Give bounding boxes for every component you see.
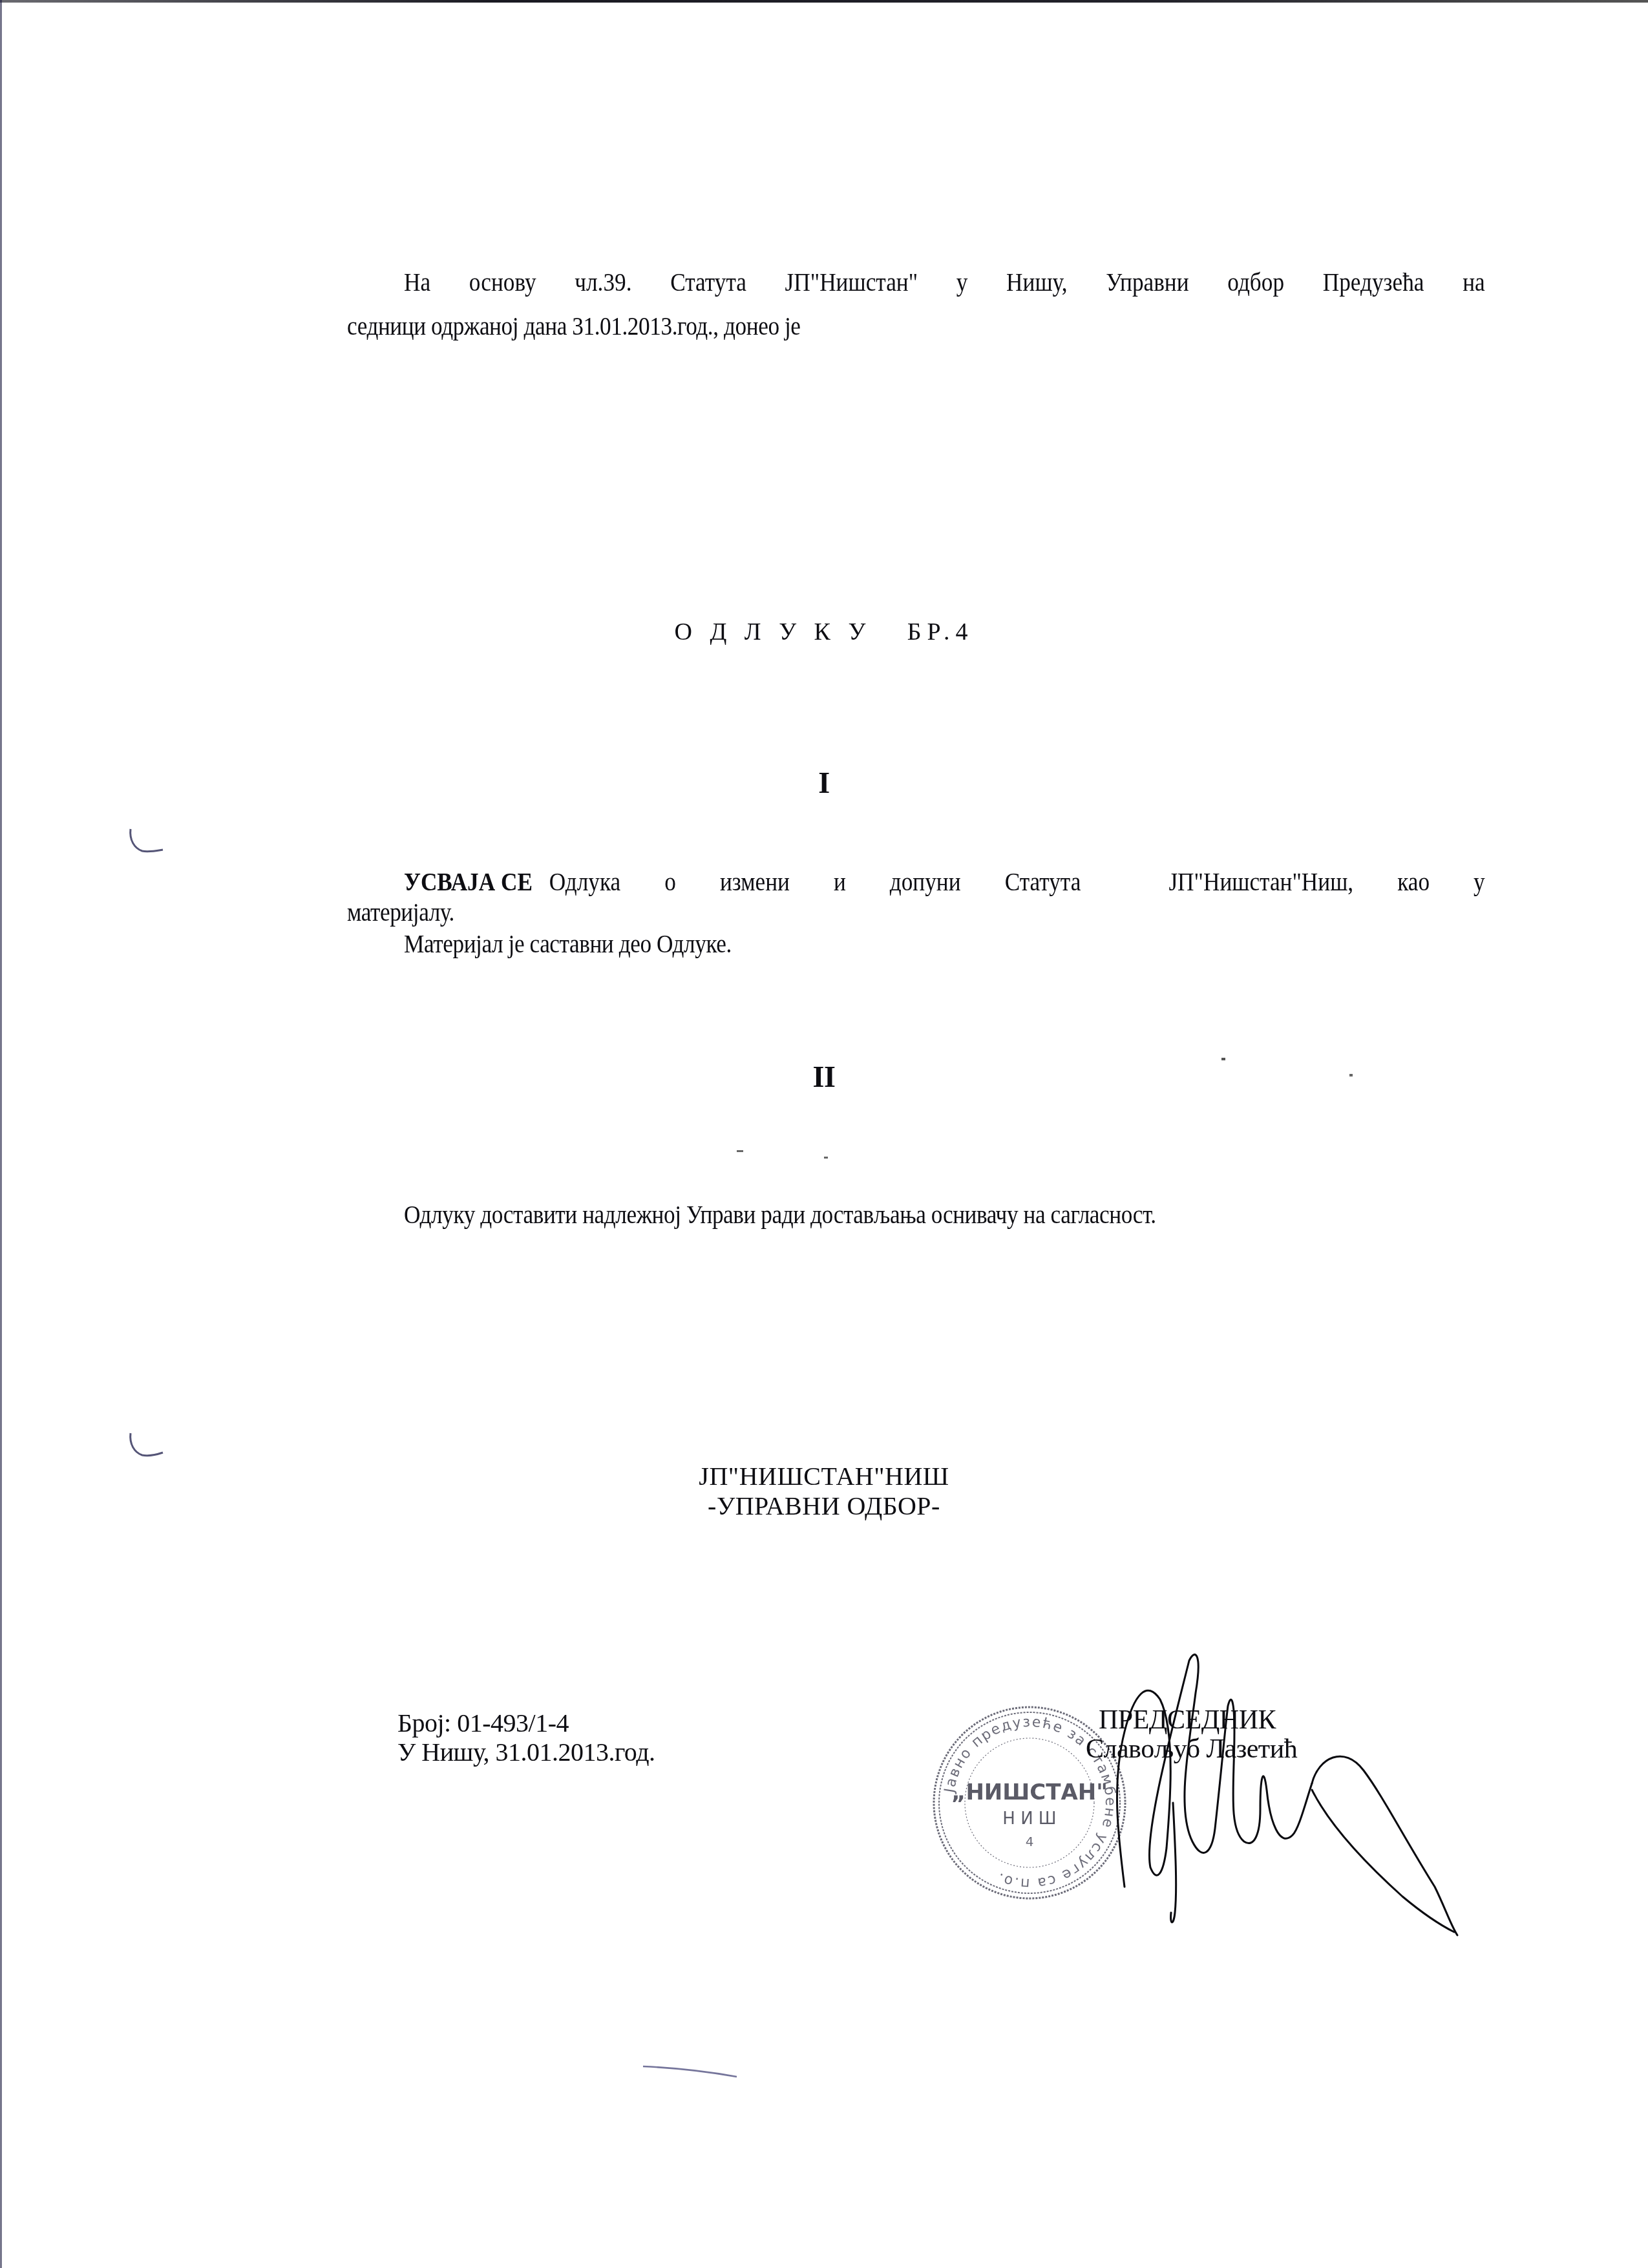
speck [824, 1157, 828, 1159]
place-and-date: У Нишу, 31.01.2013.год. [397, 1737, 655, 1768]
margin-mark-icon [123, 824, 174, 863]
section-1-line-1-rest: Одлука о измени и допуни Статута ЈП"Нишс… [549, 866, 1485, 897]
issuer-body: -УПРАВНИ ОДБОР- [0, 1491, 1648, 1521]
speck [1349, 1074, 1353, 1076]
stamp-center-line-2: Н И Ш [1002, 1809, 1056, 1829]
section-1-line-3: Материјал је саставни део Одлуке. [404, 928, 732, 959]
section-numeral-2: II [0, 1062, 1648, 1093]
section-2-line-1: Одлуку доставити надлежној Управи ради д… [404, 1199, 1156, 1230]
scan-edge [0, 0, 1648, 3]
section-1-line-2: материјалу. [347, 896, 454, 927]
stamp-center-mark: 4 [1026, 1834, 1034, 1849]
issuer-name: ЈП"НИШСТАН"НИШ [0, 1462, 1648, 1491]
stamp-center-line-1: „НИШСТАН" [951, 1780, 1108, 1805]
scan-left-edge [0, 0, 2, 2268]
speck [1221, 1058, 1225, 1060]
preamble-line-2: седници одржаној дана 31.01.2013.год., д… [347, 310, 801, 341]
section-1-line-1: УСВАЈА СЕ Одлука о измени и допуни Стату… [404, 866, 1485, 897]
speck [737, 1150, 743, 1152]
preamble-line-1: На основу чл.39. Статута ЈП"Нишстан" у Н… [404, 266, 1485, 297]
section-numeral-1: I [0, 768, 1648, 799]
decision-title: О Д Л У К У БР.4 [0, 616, 1648, 647]
section-1-lead: УСВАЈА СЕ [404, 866, 533, 897]
handwritten-signature-icon [1099, 1641, 1461, 1938]
stray-pen-line-icon [640, 2061, 743, 2081]
margin-mark-icon [123, 1428, 174, 1467]
document-number: Број: 01-493/1-4 [397, 1708, 569, 1739]
